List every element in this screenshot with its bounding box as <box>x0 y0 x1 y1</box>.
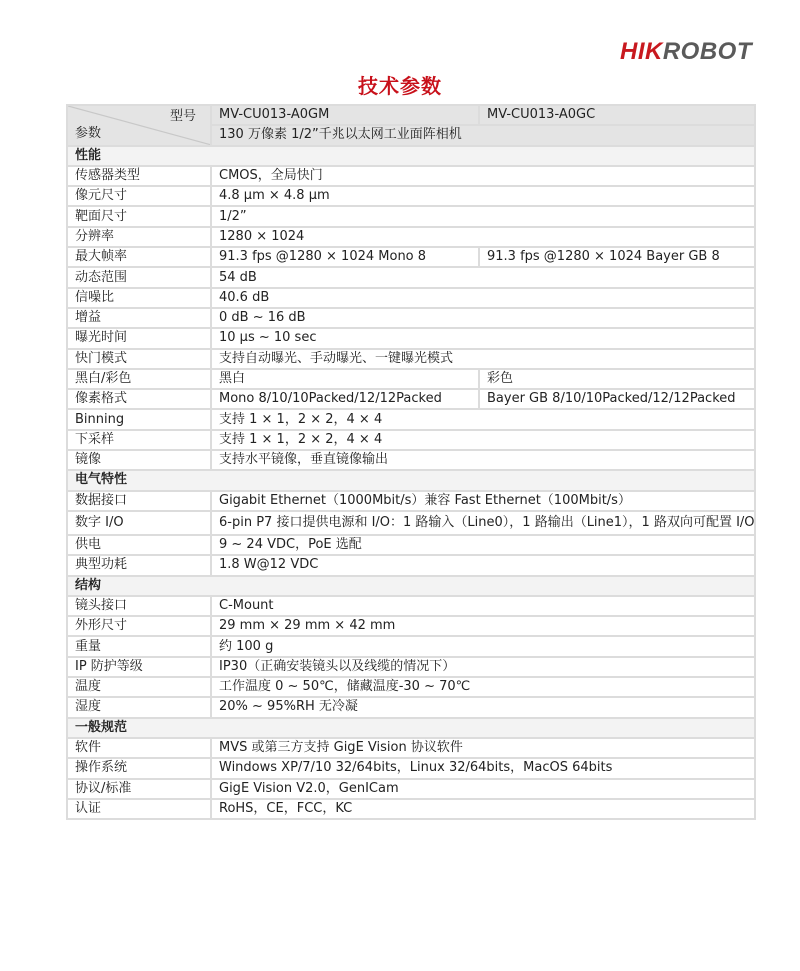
spec-row: 曝光时间10 μs ~ 10 sec <box>67 328 755 348</box>
spec-value-color: 彩色 <box>479 369 755 389</box>
spec-value: 20% ~ 95%RH 无冷凝 <box>211 697 755 717</box>
logo-robot: ROBOT <box>663 38 752 65</box>
spec-value: 约 100 g <box>211 636 755 656</box>
spec-value: 40.6 dB <box>211 288 755 308</box>
spec-label: IP 防护等级 <box>67 657 211 677</box>
spec-value-color: 91.3 fps @1280 × 1024 Bayer GB 8 <box>479 247 755 267</box>
spec-row: 增益0 dB ~ 16 dB <box>67 308 755 328</box>
hikrobot-logo: HIKROBOT <box>620 38 752 66</box>
product-description: 130 万像素 1/2”千兆以太网工业面阵相机 <box>211 125 755 145</box>
spec-row: 外形尺寸29 mm × 29 mm × 42 mm <box>67 616 755 636</box>
spec-value: Gigabit Ethernet（1000Mbit/s）兼容 Fast Ethe… <box>211 491 755 511</box>
corner-param-label: 参数 <box>75 125 101 143</box>
spec-row: 温度工作温度 0 ~ 50℃，储藏温度-30 ~ 70℃ <box>67 677 755 697</box>
spec-value-mono: 黑白 <box>211 369 479 389</box>
spec-value: 6-pin P7 接口提供电源和 I/O：1 路输入（Line0），1 路输出（… <box>211 511 755 535</box>
spec-value: 支持 1 × 1，2 × 2，4 × 4 <box>211 430 755 450</box>
spec-value: 1.8 W@12 VDC <box>211 555 755 575</box>
spec-table: 型号 参数 MV-CU013-A0GM MV-CU013-A0GC 130 万像… <box>66 104 756 820</box>
section-title: 一般规范 <box>67 718 755 738</box>
spec-row: 分辨率1280 × 1024 <box>67 227 755 247</box>
spec-row: 传感器类型CMOS，全局快门 <box>67 166 755 186</box>
spec-label: 典型功耗 <box>67 555 211 575</box>
spec-value: 1/2” <box>211 206 755 226</box>
spec-label: 温度 <box>67 677 211 697</box>
spec-row: 数据接口Gigabit Ethernet（1000Mbit/s）兼容 Fast … <box>67 491 755 511</box>
spec-row: 操作系统Windows XP/7/10 32/64bits，Linux 32/6… <box>67 758 755 778</box>
spec-label: Binning <box>67 409 211 429</box>
spec-label: 软件 <box>67 738 211 758</box>
spec-row: 认证RoHS，CE，FCC，KC <box>67 799 755 819</box>
spec-label: 外形尺寸 <box>67 616 211 636</box>
spec-value: IP30（正确安装镜头以及线缆的情况下） <box>211 657 755 677</box>
spec-value: 10 μs ~ 10 sec <box>211 328 755 348</box>
section-header: 性能 <box>67 146 755 166</box>
spec-label: 快门模式 <box>67 349 211 369</box>
spec-value: GigE Vision V2.0，GenICam <box>211 779 755 799</box>
spec-row: 动态范围54 dB <box>67 267 755 287</box>
model-color: MV-CU013-A0GC <box>479 105 755 125</box>
spec-label: 动态范围 <box>67 267 211 287</box>
spec-label: 信噪比 <box>67 288 211 308</box>
spec-value: MVS 或第三方支持 GigE Vision 协议软件 <box>211 738 755 758</box>
spec-row: 下采样支持 1 × 1，2 × 2，4 × 4 <box>67 430 755 450</box>
model-mono: MV-CU013-A0GM <box>211 105 479 125</box>
spec-row: 镜头接口C-Mount <box>67 596 755 616</box>
spec-value-mono: 91.3 fps @1280 × 1024 Mono 8 <box>211 247 479 267</box>
corner-cell: 型号 参数 <box>67 105 211 146</box>
spec-label: 最大帧率 <box>67 247 211 267</box>
spec-label: 像元尺寸 <box>67 186 211 206</box>
spec-label: 像素格式 <box>67 389 211 409</box>
spec-row: IP 防护等级IP30（正确安装镜头以及线缆的情况下） <box>67 657 755 677</box>
spec-label: 下采样 <box>67 430 211 450</box>
spec-label: 传感器类型 <box>67 166 211 186</box>
section-header: 结构 <box>67 576 755 596</box>
spec-value: RoHS，CE，FCC，KC <box>211 799 755 819</box>
header-row-model: 型号 参数 MV-CU013-A0GM MV-CU013-A0GC <box>67 105 755 125</box>
section-header: 一般规范 <box>67 718 755 738</box>
spec-label: 湿度 <box>67 697 211 717</box>
section-title: 结构 <box>67 576 755 596</box>
spec-row: 数字 I/O6-pin P7 接口提供电源和 I/O：1 路输入（Line0），… <box>67 511 755 535</box>
spec-value: 工作温度 0 ~ 50℃，储藏温度-30 ~ 70℃ <box>211 677 755 697</box>
logo-hik: HIK <box>620 38 663 65</box>
spec-value: 29 mm × 29 mm × 42 mm <box>211 616 755 636</box>
spec-label: 靶面尺寸 <box>67 206 211 226</box>
spec-row: 镜像支持水平镜像，垂直镜像输出 <box>67 450 755 470</box>
spec-value: Windows XP/7/10 32/64bits，Linux 32/64bit… <box>211 758 755 778</box>
spec-value: 支持水平镜像，垂直镜像输出 <box>211 450 755 470</box>
section-title: 电气特性 <box>67 470 755 490</box>
spec-label: 数据接口 <box>67 491 211 511</box>
spec-row: 湿度20% ~ 95%RH 无冷凝 <box>67 697 755 717</box>
spec-row: 协议/标准GigE Vision V2.0，GenICam <box>67 779 755 799</box>
spec-label: 协议/标准 <box>67 779 211 799</box>
spec-value-mono: Mono 8/10/10Packed/12/12Packed <box>211 389 479 409</box>
spec-label: 重量 <box>67 636 211 656</box>
spec-value: 54 dB <box>211 267 755 287</box>
section-header: 电气特性 <box>67 470 755 490</box>
spec-label: 镜头接口 <box>67 596 211 616</box>
spec-label: 分辨率 <box>67 227 211 247</box>
spec-value-color: Bayer GB 8/10/10Packed/12/12Packed <box>479 389 755 409</box>
spec-value: CMOS，全局快门 <box>211 166 755 186</box>
spec-row: 黑白/彩色黑白彩色 <box>67 369 755 389</box>
spec-value: 0 dB ~ 16 dB <box>211 308 755 328</box>
spec-label: 数字 I/O <box>67 511 211 535</box>
spec-label: 操作系统 <box>67 758 211 778</box>
spec-value: 9 ~ 24 VDC，PoE 选配 <box>211 535 755 555</box>
spec-row: 信噪比40.6 dB <box>67 288 755 308</box>
spec-row: 供电9 ~ 24 VDC，PoE 选配 <box>67 535 755 555</box>
spec-row: 快门模式支持自动曝光、手动曝光、一键曝光模式 <box>67 349 755 369</box>
section-title: 性能 <box>67 146 755 166</box>
page-title: 技术参数 <box>0 70 800 99</box>
spec-value: 4.8 μm × 4.8 μm <box>211 186 755 206</box>
spec-label: 增益 <box>67 308 211 328</box>
spec-label: 认证 <box>67 799 211 819</box>
spec-row: 像素格式Mono 8/10/10Packed/12/12PackedBayer … <box>67 389 755 409</box>
spec-row: Binning支持 1 × 1，2 × 2，4 × 4 <box>67 409 755 429</box>
spec-label: 黑白/彩色 <box>67 369 211 389</box>
spec-value: 1280 × 1024 <box>211 227 755 247</box>
corner-model-label: 型号 <box>170 108 196 126</box>
spec-row: 最大帧率91.3 fps @1280 × 1024 Mono 891.3 fps… <box>67 247 755 267</box>
spec-value: 支持自动曝光、手动曝光、一键曝光模式 <box>211 349 755 369</box>
spec-label: 供电 <box>67 535 211 555</box>
spec-row: 典型功耗1.8 W@12 VDC <box>67 555 755 575</box>
spec-row: 重量约 100 g <box>67 636 755 656</box>
spec-row: 软件MVS 或第三方支持 GigE Vision 协议软件 <box>67 738 755 758</box>
spec-value: 支持 1 × 1，2 × 2，4 × 4 <box>211 409 755 429</box>
spec-label: 镜像 <box>67 450 211 470</box>
spec-value: C-Mount <box>211 596 755 616</box>
spec-label: 曝光时间 <box>67 328 211 348</box>
spec-row: 靶面尺寸1/2” <box>67 206 755 226</box>
spec-row: 像元尺寸4.8 μm × 4.8 μm <box>67 186 755 206</box>
